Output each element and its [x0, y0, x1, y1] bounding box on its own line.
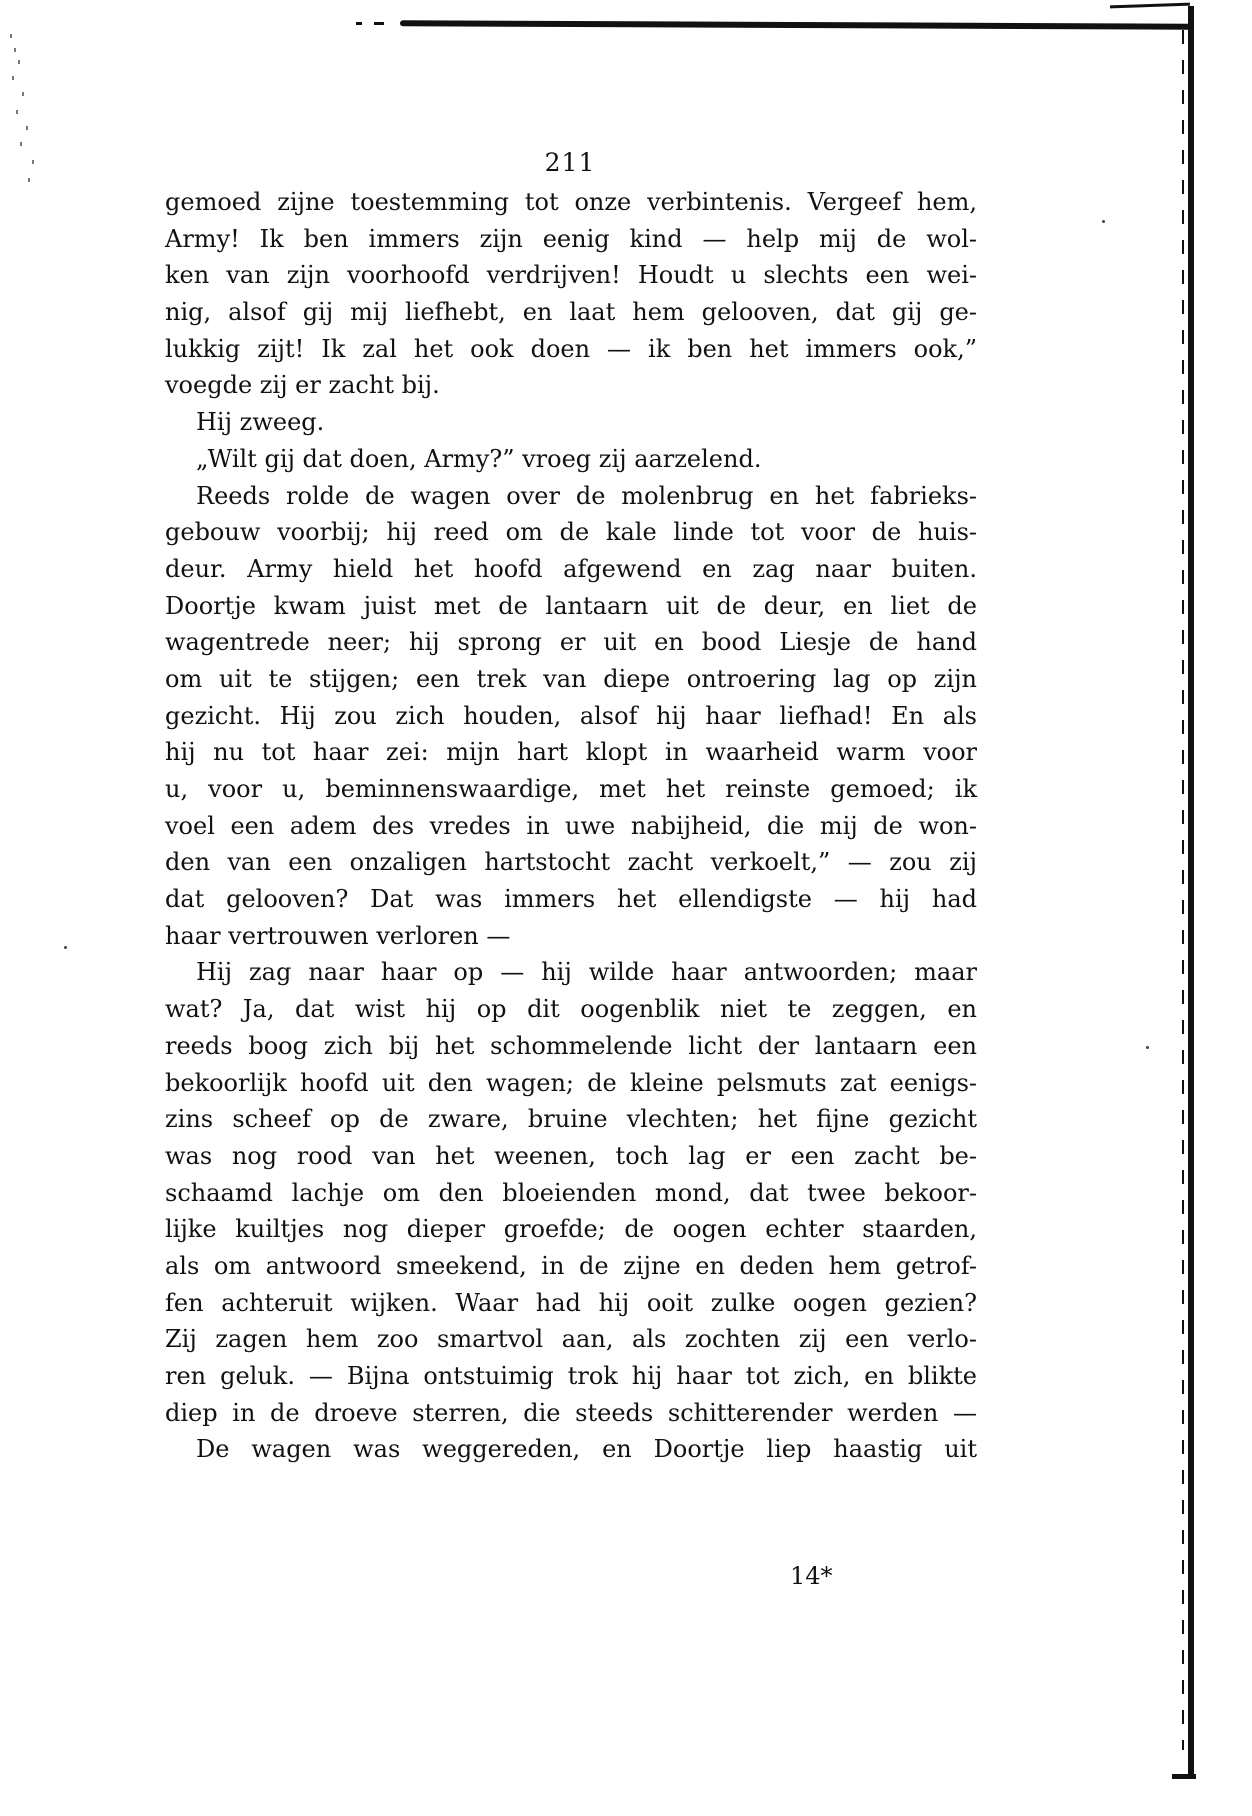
text-line: voegde zij er zacht bij. [165, 367, 977, 404]
text-line: Hij zweeg. [165, 404, 977, 441]
text-line: gebouw voorbij; hij reed om de kale lind… [165, 514, 977, 551]
bottom-scan-edge [1172, 1774, 1196, 1779]
text-line: „Wilt gij dat doen, Army?” vroeg zij aar… [165, 441, 977, 478]
text-line: zins scheef op de zware, bruine vlechten… [165, 1101, 977, 1138]
text-line: Hij zag naar haar op — hij wilde haar an… [165, 954, 977, 991]
text-line: lijke kuiltjes nog dieper groefde; de oo… [165, 1211, 977, 1248]
text-line: den van een onzaligen hartstocht zacht v… [165, 844, 977, 881]
margin-speck [64, 946, 67, 949]
text-line: voel een adem des vredes in uwe nabijhei… [165, 808, 977, 845]
text-line: diep in de droeve sterren, die steeds sc… [165, 1395, 977, 1432]
right-scan-edge-inner [1182, 30, 1184, 1750]
margin-speck [1102, 220, 1105, 223]
signature-mark: 14* [790, 1562, 833, 1590]
text-line: als om antwoord smeekend, in de zijne en… [165, 1248, 977, 1285]
text-line: deur. Army hield het hoofd afgewend en z… [165, 551, 977, 588]
text-line: Zij zagen hem zoo smartvol aan, als zoch… [165, 1321, 977, 1358]
text-line: fen achteruit wijken. Waar had hij ooit … [165, 1285, 977, 1322]
text-line: hij nu tot haar zei: mijn hart klopt in … [165, 734, 977, 771]
page-number: 211 [0, 148, 1140, 177]
top-scan-edge [1110, 3, 1190, 9]
text-line: was nog rood van het weenen, toch lag er… [165, 1138, 977, 1175]
text-line: om uit te stijgen; een trek van diepe on… [165, 661, 977, 698]
right-scan-edge [1188, 6, 1194, 1776]
text-line: schaamd lachje om den bloeienden mond, d… [165, 1175, 977, 1212]
text-line: Doortje kwam juist met de lantaarn uit d… [165, 588, 977, 625]
text-line: gemoed zijne toestemming tot onze verbin… [165, 184, 977, 221]
text-line: u, voor u, beminnenswaardige, met het re… [165, 771, 977, 808]
body-text: gemoed zijne toestemming tot onze verbin… [165, 184, 977, 1468]
text-line: Reeds rolde de wagen over de molenbrug e… [165, 478, 977, 515]
text-line: Army! Ik ben immers zijn eenig kind — he… [165, 221, 977, 258]
text-line: lukkig zijt! Ik zal het ook doen — ik be… [165, 331, 977, 368]
text-line: De wagen was weggereden, en Doortje liep… [165, 1431, 977, 1468]
scan-artifact [356, 22, 362, 25]
text-line: reeds boog zich bij het schommelende lic… [165, 1028, 977, 1065]
margin-speck [1146, 1046, 1149, 1049]
text-line: ren geluk. — Bijna ontstuimig trok hij h… [165, 1358, 977, 1395]
text-line: haar vertrouwen verloren — [165, 918, 977, 955]
text-line: wat? Ja, dat wist hij op dit oogenblik n… [165, 991, 977, 1028]
text-line: nig, alsof gij mij liefhebt, en laat hem… [165, 294, 977, 331]
top-scan-edge [400, 20, 1192, 29]
scan-artifact [374, 22, 384, 25]
text-line: dat gelooven? Dat was immers het ellendi… [165, 881, 977, 918]
book-page: 211 gemoed zijne toestemming tot onze ve… [0, 0, 1252, 1816]
text-line: wagentrede neer; hij sprong er uit en bo… [165, 624, 977, 661]
text-line: gezicht. Hij zou zich houden, alsof hij … [165, 698, 977, 735]
text-line: ken van zijn voorhoofd verdrijven! Houdt… [165, 257, 977, 294]
text-line: bekoorlijk hoofd uit den wagen; de klein… [165, 1065, 977, 1102]
